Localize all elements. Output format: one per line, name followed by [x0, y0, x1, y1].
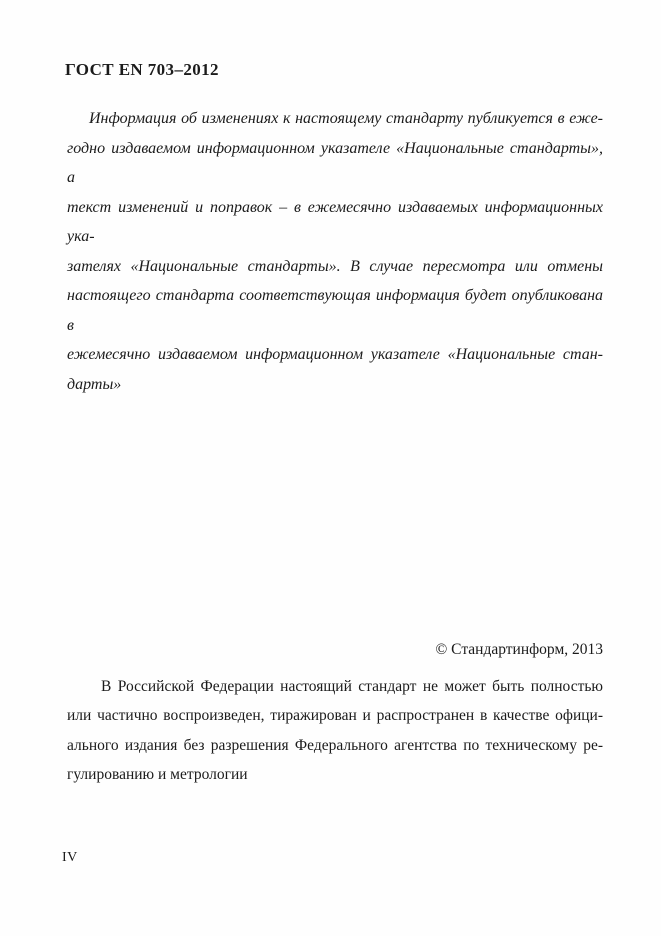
foreword-line: текст изменений и поправок – в ежемесячн…: [67, 193, 603, 252]
legal-line: гулированию и метрологии: [67, 760, 603, 789]
foreword-line: настоящего стандарта соответствующая инф…: [67, 281, 603, 340]
standard-designation: ГОСТ EN 703–2012: [65, 60, 219, 80]
foreword-line: зателях «Национальные стандарты». В случ…: [67, 252, 603, 282]
page-number: IV: [62, 850, 78, 866]
legal-line: В Российской Федерации настоящий стандар…: [67, 672, 603, 701]
foreword-line: дарты»: [67, 370, 603, 400]
foreword-line: годно издаваемом информационном указател…: [67, 134, 603, 193]
copyright-notice: © Стандартинформ, 2013: [436, 641, 603, 659]
legal-line: или частично воспроизведен, тиражирован …: [67, 701, 603, 730]
foreword-line: Информация об изменениях к настоящему ст…: [67, 104, 603, 134]
foreword-paragraph: Информация об изменениях к настоящему ст…: [67, 104, 603, 399]
legal-line: ального издания без разрешения Федеральн…: [67, 731, 603, 760]
foreword-line: ежемесячно издаваемом информационном ука…: [67, 340, 603, 370]
legal-paragraph: В Российской Федерации настоящий стандар…: [67, 672, 603, 789]
document-page: ГОСТ EN 703–2012 Информация об изменения…: [0, 0, 661, 936]
